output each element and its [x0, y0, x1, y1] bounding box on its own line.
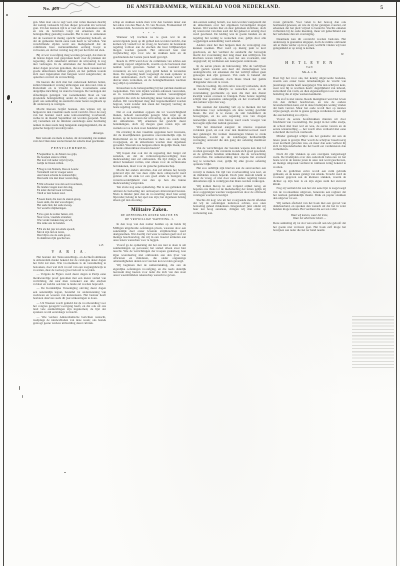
para: Daarmede kan dit overzicht worden beslot… [273, 38, 346, 51]
stanza: ¶ Geen hand, die naar de snaren greep, G… [33, 198, 106, 211]
para: Van de verrichtingen der bereden wapens … [193, 147, 266, 166]
stanza: ¶ Nog is van Nattem, Dou en Leeuw Verzam… [33, 168, 106, 181]
para: Wanneer wij trachten na te gaan wat in d… [113, 36, 186, 58]
signature: W. [273, 52, 344, 56]
bleed-through-noise [352, 316, 394, 368]
para: Mocht het anders uitvallen, dan zal alth… [113, 169, 186, 185]
columns: gen. Men doet ons te regt veel, niet vel… [33, 21, 346, 413]
para: Wij beginnen met de samentrekking, die a… [113, 264, 186, 277]
para: Het zou onbillijk zijn hiervan aan de aa… [193, 167, 266, 183]
page-top-edge-line [0, 0, 400, 2]
para: Doch dit zijn vlekken op een overigens w… [273, 153, 346, 169]
rule-divider [128, 205, 170, 206]
para-noindent: voren gebracht. Voor velen is het betoog… [273, 21, 346, 37]
para: Wij hopen dan ook dat de regeering niet … [113, 152, 186, 168]
header-rule [28, 16, 396, 17]
para: — Uit Weenen wordt gemeld dat de voorber… [33, 302, 106, 315]
para: Wij komen hierop in een volgend artikel … [193, 185, 266, 198]
para-noindent: Daar ligt het voor ons, het keurig uitge… [273, 77, 346, 96]
ink-speck [6, 14, 8, 16]
para: De ervaring in den vreemde opgedaan leer… [113, 131, 186, 150]
title-van: VAN [273, 66, 346, 69]
column-4: voren gebracht. Voor velen is het betoog… [273, 21, 346, 413]
para: Ten aanzien der kleeding valt op te merk… [193, 106, 266, 125]
para: Mocht hieraan twijfel bestaan, dan wijze… [33, 108, 106, 130]
page-left-edge-line [3, 0, 4, 566]
para-noindent: schap en stukken zende men vóór den laat… [113, 21, 186, 31]
title-main: H E T L E V E N [273, 60, 346, 65]
para: De stof is niet nieuw. Reeds menigmaal w… [273, 98, 346, 117]
stanza: ¶ Wat schooner was dan ooit voordezen, D… [33, 183, 106, 196]
para: Bij al wat voorafging mag worden gevoegd… [33, 54, 106, 80]
page-number: 5 [380, 5, 383, 11]
section-title: Militaire Zaken. [113, 208, 186, 213]
para: Het bestuur der Tentoonstellings- en Arc… [33, 256, 106, 272]
stanza: ¶ En als het jaar ten einde spoedt, Met … [33, 228, 106, 241]
ink-speck [7, 95, 10, 100]
para: Nog zij vermeld dat aan het slot eene li… [273, 187, 346, 200]
para: In den loop van den zomer hadden op de h… [113, 223, 186, 242]
divider-stars: * * * [113, 32, 186, 35]
header: No. 409 DE AMSTERDAMMER, WEEKBLAD VOOR N… [30, 5, 395, 15]
ink-speck [11, 101, 12, 103]
signature: v. E. [33, 243, 104, 247]
signature: Resurgo. [33, 131, 104, 135]
para: De heeren die zich met het onderzoek heb… [33, 81, 106, 107]
para: Ten slotte nog eene opmerking. Het is on… [113, 186, 186, 202]
title-author: Mr. A. v. D. [273, 70, 346, 74]
para-noindent: gen. Men doet ons te regt veel, niet vel… [33, 21, 106, 53]
para: Van de gedichten zelve wordt een ruim ge… [273, 170, 346, 186]
subhead: DE OEFENINGEN ONZER MILITIE EN DE VRIJWI… [113, 214, 186, 221]
para: Wij nemen afscheid van het boek met een … [273, 202, 346, 212]
para: — Volgens de Figaro werd dezer dagen te … [33, 273, 106, 286]
para: Reeds in 1879 werd door de commissie van… [113, 60, 186, 86]
couplet: Waar wij komen, waar het lente, Waar het… [273, 214, 346, 221]
heading-caps: FEESTLIEDEREN. [33, 146, 106, 150]
para: Intusschen is de belangstelling bij het … [113, 87, 186, 109]
ink-speck [64, 472, 66, 473]
page-right-edge-line [396, 0, 397, 566]
stanza: ¶ September is, als Maart zoo grijs, De … [33, 153, 106, 166]
para: Slechts dit nog: wie uit het voorgaande … [193, 199, 266, 215]
newspaper-page: No. 409 DE AMSTERDAMMER, WEEKBLAD VOOR N… [0, 0, 400, 566]
column-1: gen. Men doet ons te regt veel, niet vel… [33, 21, 106, 413]
para: Dan de voeding. Op zich zelve was zij vo… [193, 85, 266, 104]
para: Wat het materieel aangaat: de nieuwe wap… [193, 126, 266, 145]
ink-speck [19, 386, 20, 390]
para: — De Koninklijke Vereeniging ontving dez… [33, 287, 106, 300]
stanza: ¶ Zoo gaat de zomer henen, stil, Naar ve… [33, 213, 106, 226]
para: Vooraf ga de opmerking dat het ons niet … [113, 244, 186, 263]
para-noindent: den eersten aanleg betreft, zoo kan word… [193, 21, 266, 43]
para-noindent: Deze aanhaling zij tot slot veroorloofd … [273, 222, 346, 232]
para: Anders staat het met hetgeen men de verz… [193, 44, 266, 63]
para: Minder geslaagd schijnt ons het gedeelte… [273, 135, 346, 151]
para: Dat er ook stemmen opgaan die tot voorzi… [113, 111, 186, 130]
ink-speck [22, 395, 23, 398]
para: — Wie verdere Amsterdamsche berichten we… [33, 316, 106, 326]
heading-spaced: V A R I A. [33, 250, 106, 254]
column-2: schap en stukken zende men vóór den laat… [113, 21, 186, 413]
para: Vooral de eerste hoofdstukken munten uit… [273, 118, 346, 134]
column-3: den eersten aanleg betreft, zoo kan word… [193, 21, 266, 413]
note: Men verzoekt ons mede te deelen, dat de … [33, 137, 106, 143]
para: In de eerste plaats de huisvesting. Wie … [193, 65, 266, 84]
masthead-title: DE AMSTERDAMMER, WEEKBLAD VOOR NEDERLAND… [30, 5, 377, 10]
